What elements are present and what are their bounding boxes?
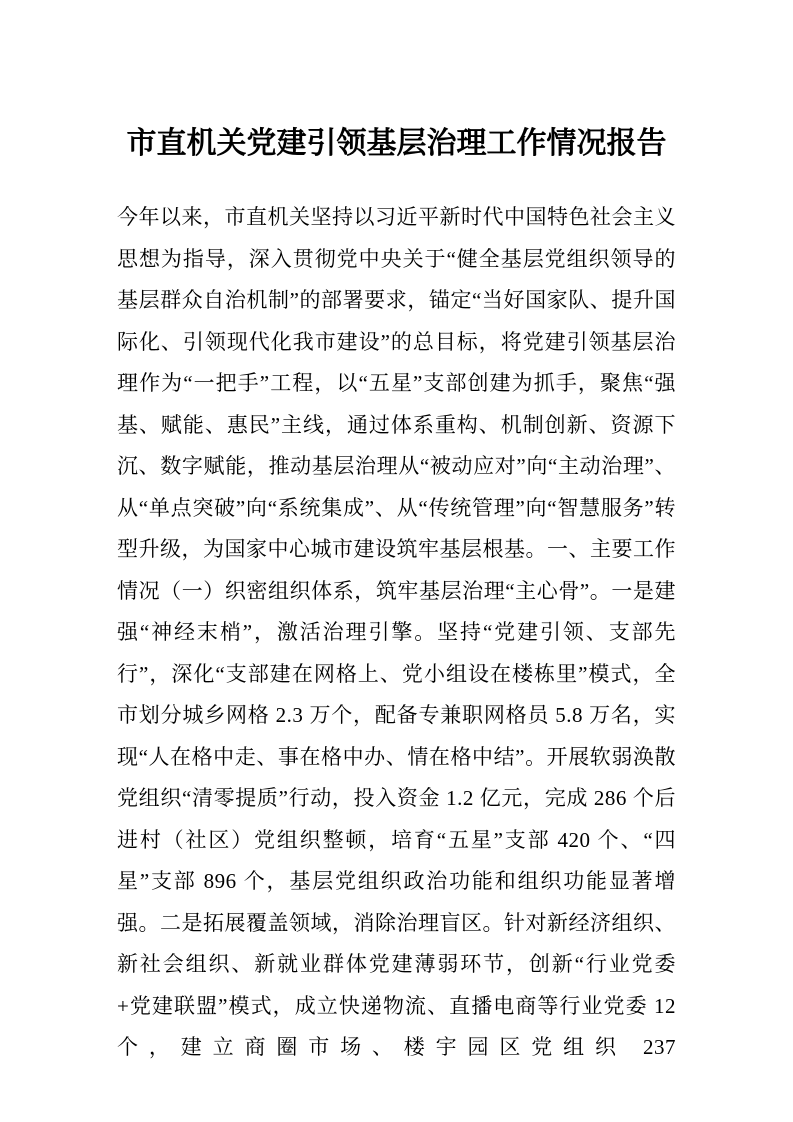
- document-page: 市直机关党建引领基层治理工作情况报告 今年以来，市直机关坚持以习近平新时代中国特…: [0, 0, 793, 1122]
- document-body-paragraph: 今年以来，市直机关坚持以习近平新时代中国特色社会主义思想为指导，深入贯彻党中央关…: [117, 197, 676, 1069]
- document-title: 市直机关党建引领基层治理工作情况报告: [117, 127, 676, 161]
